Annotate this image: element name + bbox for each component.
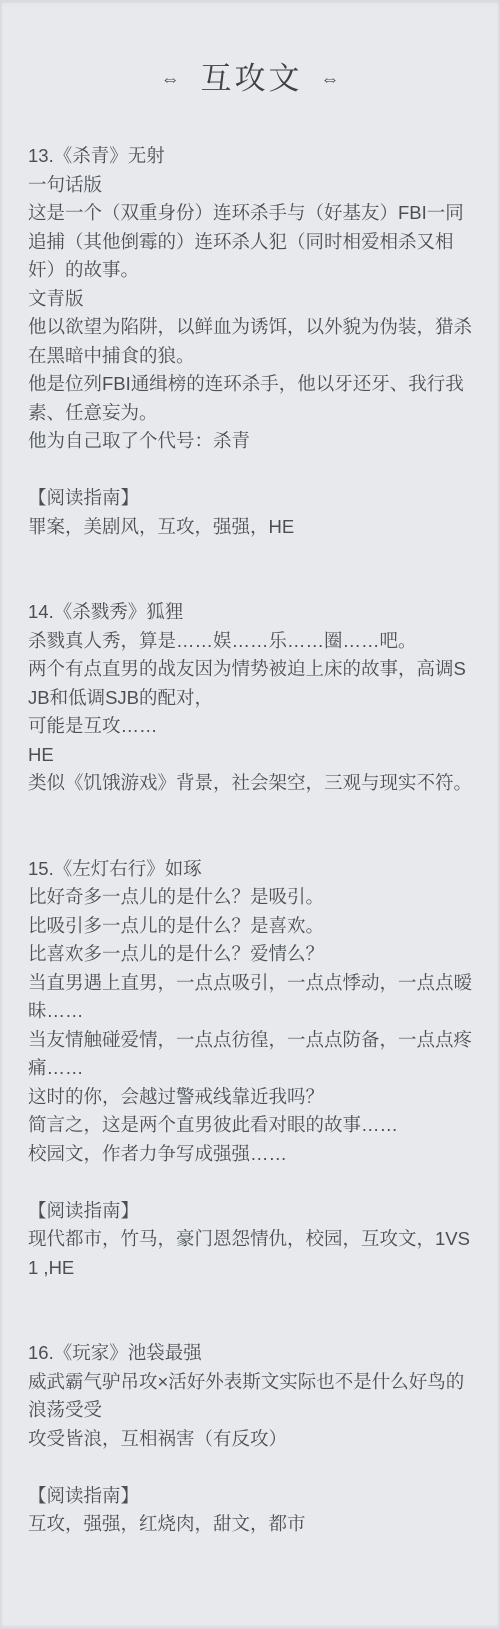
guide-label: 【阅读指南】 — [28, 484, 472, 513]
entry-paragraph: 类似《饥饿游戏》背景，社会架空，三观与现实不符。 — [28, 769, 472, 798]
book-entry-16: 16.《玩家》池袋最强 威武霸气驴吊攻×活好外表斯文实际也不是什么好鸟的浪荡受受… — [28, 1339, 472, 1539]
guide-label: 【阅读指南】 — [28, 1482, 472, 1511]
book-entry-13: 13.《杀青》无射 一句话版 这是一个（双重身份）连环杀手与（好基友）FBI一同… — [28, 142, 472, 541]
book-entry-15: 15.《左灯右行》如琢 比好奇多一点儿的是什么？是吸引。 比吸引多一点儿的是什么… — [28, 855, 472, 1283]
reading-guide: 【阅读指南】 现代都市，竹马，豪门恩怨情仇，校园，互攻文，1VS1 ,HE — [28, 1197, 472, 1283]
recommendation-list-page: ⇔ 互攻文 ⇔ 13.《杀青》无射 一句话版 这是一个（双重身份）连环杀手与（好… — [0, 0, 500, 1629]
guide-tags: 罪案，美剧风，互攻，强强，HE — [28, 513, 472, 542]
entry-paragraph: 比喜欢多一点儿的是什么？爱情么？ — [28, 940, 472, 969]
entry-paragraph: 校园文，作者力争写成强强…… — [28, 1140, 472, 1169]
entry-paragraph: 攻受皆浪，互相祸害（有反攻） — [28, 1425, 472, 1454]
entry-paragraph: 两个有点直男的战友因为情势被迫上床的故事，高调SJB和低调SJB的配对， — [28, 655, 472, 712]
entry-paragraph: 一句话版 — [28, 171, 472, 200]
entry-paragraph: 当直男遇上直男，一点点吸引，一点点悸动，一点点暧昧…… — [28, 969, 472, 1026]
reading-guide: 【阅读指南】 互攻，强强，红烧肉，甜文，都市 — [28, 1482, 472, 1539]
entry-paragraph: 这时的你，会越过警戒线靠近我吗？ — [28, 1083, 472, 1112]
entry-paragraph: 比好奇多一点儿的是什么？是吸引。 — [28, 883, 472, 912]
guide-tags: 现代都市，竹马，豪门恩怨情仇，校园，互攻文，1VS1 ,HE — [28, 1225, 472, 1282]
left-right-arrow-icon: ⇔ — [161, 69, 180, 90]
reading-guide: 【阅读指南】 罪案，美剧风，互攻，强强，HE — [28, 484, 472, 541]
entry-paragraph: 比吸引多一点儿的是什么？是喜欢。 — [28, 912, 472, 941]
entry-paragraph: 简言之，这是两个直男彼此看对眼的故事…… — [28, 1111, 472, 1140]
entry-paragraph: 文青版 — [28, 285, 472, 314]
entry-heading: 16.《玩家》池袋最强 — [28, 1339, 472, 1368]
entry-paragraph: 他为自己取了个代号：杀青 — [28, 427, 472, 456]
page-title-text: 互攻文 — [201, 61, 303, 96]
entry-paragraph: 可能是互攻…… — [28, 712, 472, 741]
entry-heading: 15.《左灯右行》如琢 — [28, 855, 472, 884]
entry-paragraph: 他以欲望为陷阱，以鲜血为诱饵，以外貌为伪装，猎杀在黑暗中捕食的狼。 — [28, 313, 472, 370]
page-title: ⇔ 互攻文 ⇔ — [28, 58, 472, 104]
entry-paragraph: 威武霸气驴吊攻×活好外表斯文实际也不是什么好鸟的浪荡受受 — [28, 1368, 472, 1425]
guide-tags: 互攻，强强，红烧肉，甜文，都市 — [28, 1510, 472, 1539]
entry-heading: 14.《杀戮秀》狐狸 — [28, 598, 472, 627]
entry-paragraph: 当友情触碰爱情，一点点彷徨，一点点防备，一点点疼痛…… — [28, 1026, 472, 1083]
book-entry-14: 14.《杀戮秀》狐狸 杀戮真人秀，算是……娱……乐……圈……吧。 两个有点直男的… — [28, 598, 472, 798]
entry-paragraph: 他是位列FBI通缉榜的连环杀手，他以牙还牙、我行我素、任意妄为。 — [28, 370, 472, 427]
guide-label: 【阅读指南】 — [28, 1197, 472, 1226]
entry-paragraph: HE — [28, 741, 472, 770]
entry-paragraph: 这是一个（双重身份）连环杀手与（好基友）FBI一同追捕（其他倒霉的）连环杀人犯（… — [28, 199, 472, 285]
entry-paragraph: 杀戮真人秀，算是……娱……乐……圈……吧。 — [28, 627, 472, 656]
left-right-arrow-icon: ⇔ — [320, 69, 339, 90]
entry-heading: 13.《杀青》无射 — [28, 142, 472, 171]
